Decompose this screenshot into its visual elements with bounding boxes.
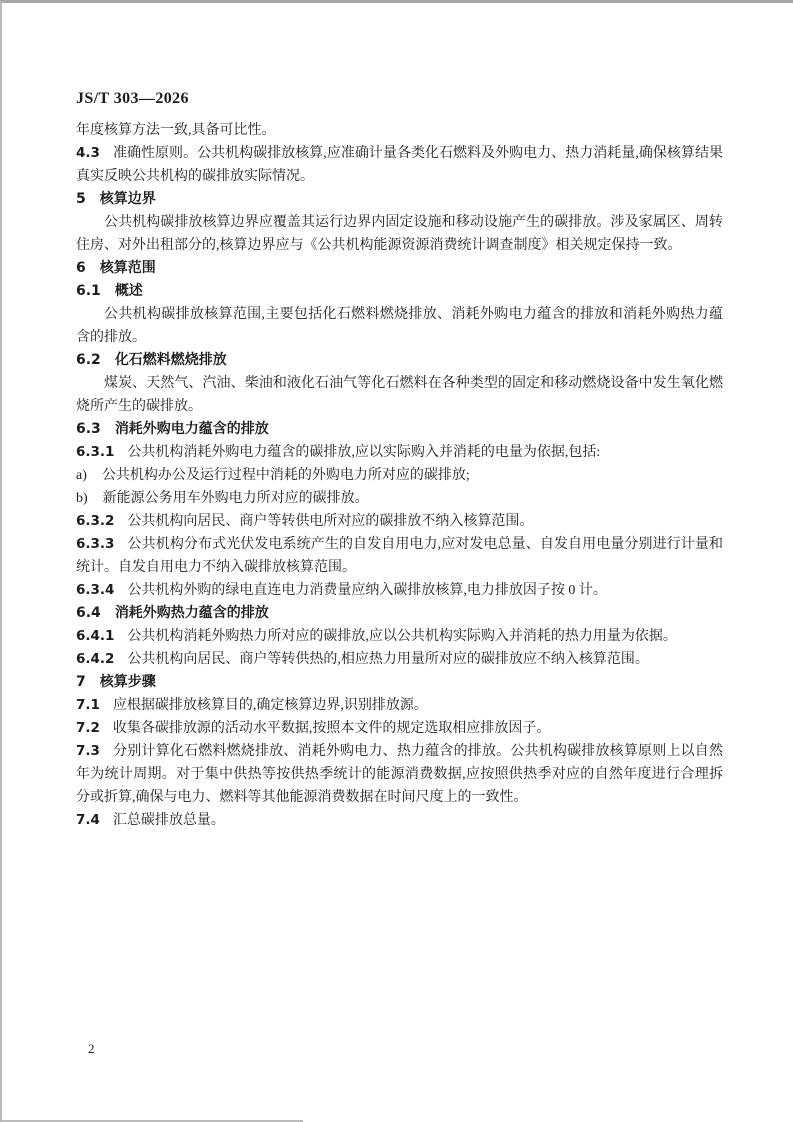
subsection-heading-6-4: 6.4消耗外购热力蕴含的排放 xyxy=(76,602,723,625)
clause-text: 公共机构向居民、商户等转供电所对应的碳排放不纳入核算范围。 xyxy=(127,514,533,529)
clause-text: 公共机构消耗外购电力蕴含的碳排放,应以实际购入并消耗的电量为依据,包括: xyxy=(127,445,600,460)
subsection-number: 6.3 xyxy=(76,421,101,437)
clause-text: 收集各碳排放源的活动水平数据,按照本文件的规定选取相应排放因子。 xyxy=(113,721,551,736)
subsection-title: 化石燃料燃烧排放 xyxy=(115,352,227,368)
clause-text: 准确性原则。公共机构碳排放核算,应准确计量各类化石燃料及外购电力、热力消耗量,确… xyxy=(76,146,723,184)
section-title: 核算步骤 xyxy=(100,674,156,690)
paragraph: 公共机构碳排放核算边界应覆盖其运行边界内固定设施和移动设施产生的碳排放。涉及家属… xyxy=(76,211,723,257)
clause-6-3-2: 6.3.2公共机构向居民、商户等转供电所对应的碳排放不纳入核算范围。 xyxy=(76,510,723,533)
list-item-b: b)新能源公务用车外购电力所对应的碳排放。 xyxy=(76,487,723,510)
clause-number: 6.4.1 xyxy=(76,628,114,644)
section-number: 7 xyxy=(76,674,86,690)
clause-number: 7.2 xyxy=(76,720,100,736)
clause-text: 公共机构分布式光伏发电系统产生的自发自用电力,应对发电总量、自发自用电量分别进行… xyxy=(76,537,723,575)
clause-7-3: 7.3分别计算化石燃料燃烧排放、消耗外购电力、热力蕴含的排放。公共机构碳排放核算… xyxy=(76,740,723,809)
clause-number: 6.4.2 xyxy=(76,651,114,667)
subsection-title: 消耗外购热力蕴含的排放 xyxy=(115,605,269,621)
clause-number: 7.4 xyxy=(76,812,100,828)
paragraph-continuation: 年度核算方法一致,具备可比性。 xyxy=(76,119,723,142)
section-heading-6: 6核算范围 xyxy=(76,257,723,280)
paragraph: 公共机构碳排放核算范围,主要包括化石燃料燃烧排放、消耗外购电力蕴含的排放和消耗外… xyxy=(76,303,723,349)
clause-4-3: 4.3准确性原则。公共机构碳排放核算,应准确计量各类化石燃料及外购电力、热力消耗… xyxy=(76,142,723,188)
subsection-number: 6.4 xyxy=(76,605,101,621)
page-number: 2 xyxy=(88,1040,95,1058)
clause-text: 公共机构向居民、商户等转供热的,相应热力用量所对应的碳排放应不纳入核算范围。 xyxy=(127,652,649,667)
subsection-title: 消耗外购电力蕴含的排放 xyxy=(115,421,269,437)
clause-6-3-1: 6.3.1公共机构消耗外购电力蕴含的碳排放,应以实际购入并消耗的电量为依据,包括… xyxy=(76,441,723,464)
subsection-title: 概述 xyxy=(115,283,143,299)
paragraph: 煤炭、天然气、汽油、柴油和液化石油气等化石燃料在各种类型的固定和移动燃烧设备中发… xyxy=(76,372,723,418)
clause-text: 分别计算化石燃料燃烧排放、消耗外购电力、热力蕴含的排放。公共机构碳排放核算原则上… xyxy=(76,744,723,805)
clause-7-2: 7.2收集各碳排放源的活动水平数据,按照本文件的规定选取相应排放因子。 xyxy=(76,717,723,740)
section-title: 核算范围 xyxy=(100,260,156,276)
clause-7-1: 7.1应根据碳排放核算目的,确定核算边界,识别排放源。 xyxy=(76,694,723,717)
clause-number: 6.3.4 xyxy=(76,582,114,598)
clause-6-4-1: 6.4.1公共机构消耗外购热力所对应的碳排放,应以公共机构实际购入并消耗的热力用… xyxy=(76,625,723,648)
clause-number: 6.3.3 xyxy=(76,536,114,552)
list-marker: a) xyxy=(76,468,87,483)
list-marker: b) xyxy=(76,491,88,506)
clause-number: 6.3.1 xyxy=(76,444,114,460)
subsection-number: 6.2 xyxy=(76,352,101,368)
document-body: 年度核算方法一致,具备可比性。 4.3准确性原则。公共机构碳排放核算,应准确计量… xyxy=(76,119,723,832)
list-item-a: a)公共机构办公及运行过程中消耗的外购电力所对应的碳排放; xyxy=(76,464,723,487)
clause-number: 7.3 xyxy=(76,743,100,759)
clause-text: 应根据碳排放核算目的,确定核算边界,识别排放源。 xyxy=(113,698,428,713)
subsection-heading-6-3: 6.3消耗外购电力蕴含的排放 xyxy=(76,418,723,441)
clause-text: 公共机构消耗外购热力所对应的碳排放,应以公共机构实际购入并消耗的热力用量为依据。 xyxy=(127,629,677,644)
clause-6-4-2: 6.4.2公共机构向居民、商户等转供热的,相应热力用量所对应的碳排放应不纳入核算… xyxy=(76,648,723,671)
clause-text: 公共机构外购的绿电直连电力消费量应纳入碳排放核算,电力排放因子按 0 计。 xyxy=(127,583,607,598)
section-number: 5 xyxy=(76,191,86,207)
list-item-text: 公共机构办公及运行过程中消耗的外购电力所对应的碳排放; xyxy=(102,468,470,483)
subsection-heading-6-1: 6.1概述 xyxy=(76,280,723,303)
document-code-header: JS/T 303—2026 xyxy=(76,88,721,110)
subsection-heading-6-2: 6.2化石燃料燃烧排放 xyxy=(76,349,723,372)
clause-6-3-4: 6.3.4公共机构外购的绿电直连电力消费量应纳入碳排放核算,电力排放因子按 0 … xyxy=(76,579,723,602)
clause-text: 汇总碳排放总量。 xyxy=(113,813,225,828)
section-title: 核算边界 xyxy=(100,191,156,207)
clause-6-3-3: 6.3.3公共机构分布式光伏发电系统产生的自发自用电力,应对发电总量、自发自用电… xyxy=(76,533,723,579)
clause-number: 7.1 xyxy=(76,697,100,713)
subsection-number: 6.1 xyxy=(76,283,101,299)
clause-number: 6.3.2 xyxy=(76,513,114,529)
clause-7-4: 7.4汇总碳排放总量。 xyxy=(76,809,723,832)
list-item-text: 新能源公务用车外购电力所对应的碳排放。 xyxy=(103,491,369,506)
document-page: JS/T 303—2026 年度核算方法一致,具备可比性。 4.3准确性原则。公… xyxy=(0,0,793,1122)
section-heading-7: 7核算步骤 xyxy=(76,671,723,694)
section-number: 6 xyxy=(76,260,86,276)
clause-number: 4.3 xyxy=(76,145,100,161)
section-heading-5: 5核算边界 xyxy=(76,188,723,211)
